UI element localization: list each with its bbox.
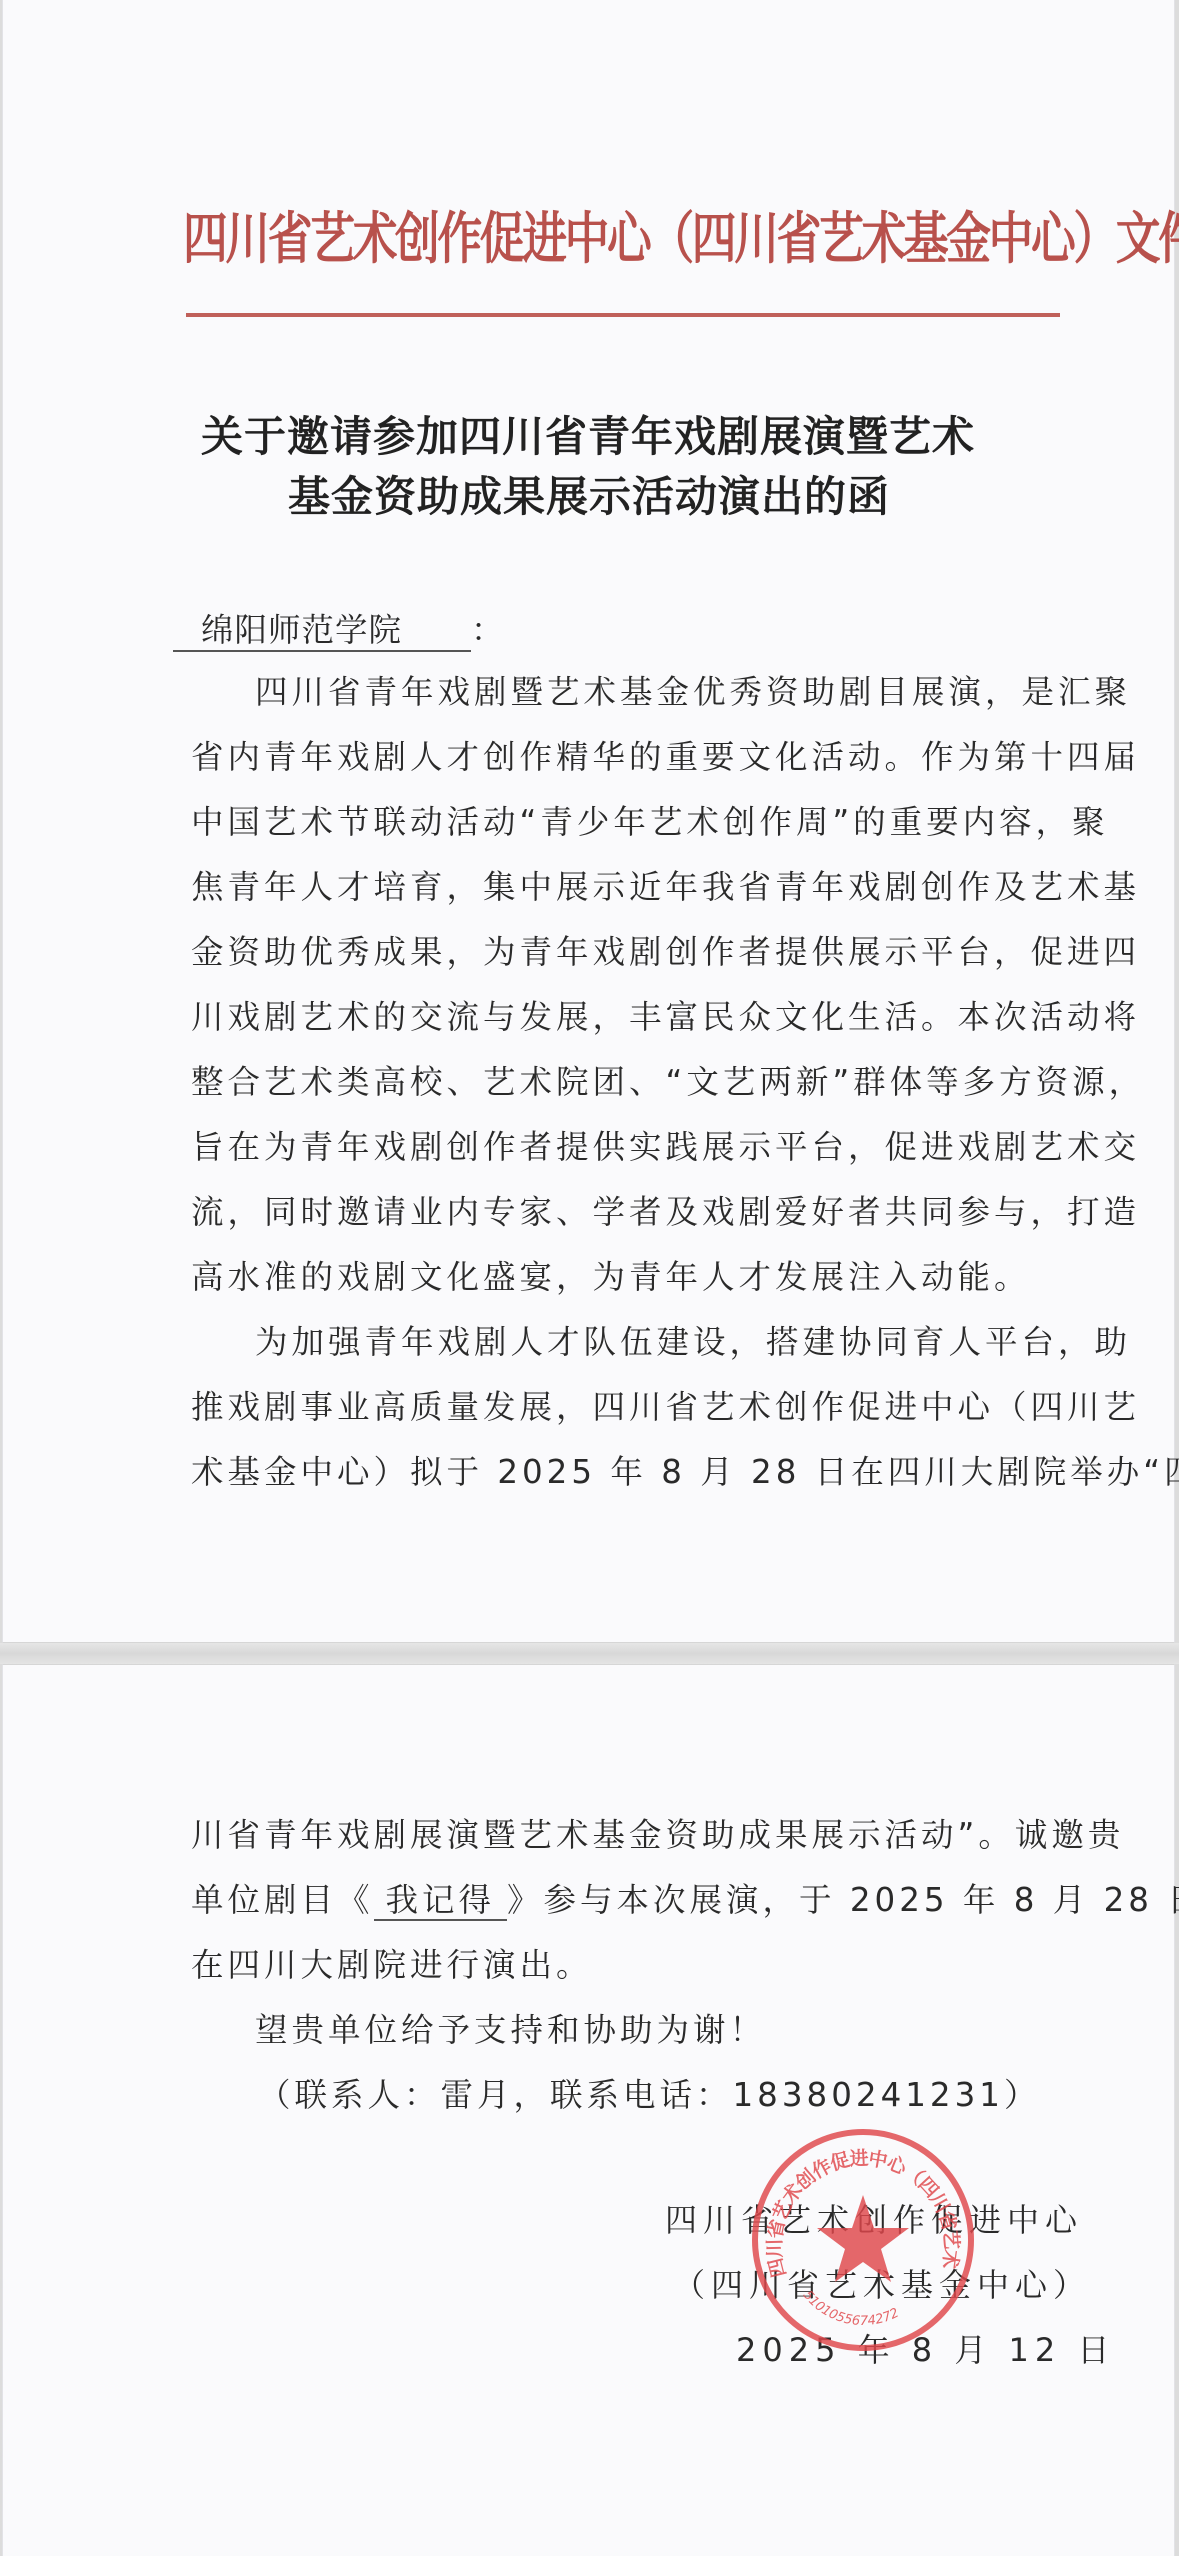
- play-name: 我记得: [374, 1881, 508, 1921]
- body-line: 整合艺术类高校、艺术院团、“文艺两新”群体等多方资源，: [191, 1062, 1145, 1102]
- recipient-salutation: 绵阳师范学院：: [173, 610, 508, 652]
- recipient-name: 绵阳师范学院: [173, 610, 471, 652]
- body-line: 旨在为青年戏剧创作者提供实践展示平台，促进戏剧艺术交: [191, 1127, 1140, 1167]
- body-line: 中国艺术节联动活动“青少年艺术创作周”的重要内容，聚: [191, 802, 1109, 842]
- body-line: 高水准的戏剧文化盛宴，为青年人才发展注入动能。: [191, 1257, 1031, 1297]
- document-title-line-2: 基金资助成果展示活动演出的函: [288, 472, 890, 522]
- signature-date: 2025 年 8 月 12 日: [736, 2330, 1115, 2370]
- body-line: 为加强青年戏剧人才队伍建设，搭建协同育人平台，助: [255, 1322, 1131, 1362]
- body-line: 流，同时邀请业内专家、学者及戏剧爱好者共同参与，打造: [191, 1192, 1140, 1232]
- closing-line: 望贵单位给予支持和协助为谢！: [255, 2010, 766, 2050]
- play-prefix: 单位剧目《: [191, 1881, 374, 1919]
- document-page-2: 川省青年戏剧展演暨艺术基金资助成果展示活动”。诚邀贵 单位剧目《我记得》参与本次…: [2, 1664, 1175, 2556]
- header-red-rule: [186, 313, 1060, 317]
- body-line: 焦青年人才培育，集中展示近年我省青年戏剧创作及艺术基: [191, 867, 1140, 907]
- body-line: 川戏剧艺术的交流与发展，丰富民众文化生活。本次活动将: [191, 997, 1140, 1037]
- signature-org-line-2: （四川省艺术基金中心）: [673, 2265, 1091, 2305]
- body-line: 术基金中心）拟于 2025 年 8 月 28 日在四川大剧院举办“四: [191, 1452, 1179, 1492]
- page-separator: [0, 1643, 1179, 1664]
- signature-org-line-1: 四川省艺术创作促进中心: [665, 2200, 1083, 2240]
- document-title-line-1: 关于邀请参加四川省青年戏剧展演暨艺术: [201, 412, 975, 462]
- body-line: 省内青年戏剧人才创作精华的重要文化活动。作为第十四届: [191, 737, 1140, 777]
- contact-info: （联系人：雷月，联系电话：18380241231）: [258, 2075, 1040, 2115]
- body-line-play: 单位剧目《我记得》参与本次展演，于 2025 年 8 月 28 日: [191, 1880, 1179, 1920]
- body-line: 在四川大剧院进行演出。: [191, 1945, 593, 1985]
- play-suffix: 》参与本次展演，于 2025 年 8 月 28 日: [507, 1881, 1179, 1919]
- recipient-colon: ：: [471, 611, 508, 649]
- body-line: 金资助优秀成果，为青年戏剧创作者提供展示平台，促进四: [191, 932, 1140, 972]
- body-line: 推戏剧事业高质量发展，四川省艺术创作促进中心（四川艺: [191, 1387, 1140, 1427]
- body-line: 川省青年戏剧展演暨艺术基金资助成果展示活动”。诚邀贵: [191, 1815, 1124, 1855]
- document-page-1: 四川省艺术创作促进中心（四川省艺术基金中心）文件 关于邀请参加四川省青年戏剧展演…: [2, 0, 1175, 1643]
- body-line: 四川省青年戏剧暨艺术基金优秀资助剧目展演，是汇聚: [255, 672, 1131, 712]
- document-header-title: 四川省艺术创作促进中心（四川省艺术基金中心）文件: [183, 200, 1179, 280]
